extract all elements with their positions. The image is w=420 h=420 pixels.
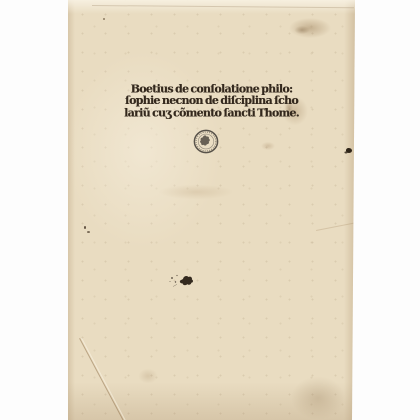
ink-speck <box>87 231 90 233</box>
ink-speck-edge <box>346 148 352 153</box>
ink-speck <box>84 226 86 229</box>
book-title-page: Boetius de conſolatione philo: ſophie ne… <box>68 0 355 420</box>
crease-highlight <box>81 338 126 420</box>
leaf-edge-line <box>92 5 354 8</box>
title-line-3: lariũ cuʒ cõmento ſancti Thome. <box>68 107 355 119</box>
library-stamp-icon <box>193 129 219 154</box>
crease-line <box>316 222 357 231</box>
printed-title: Boetius de conſolatione philo: ſophie ne… <box>68 83 355 119</box>
ink-blot <box>168 271 198 289</box>
photo-background: Boetius de conſolatione philo: ſophie ne… <box>0 0 420 420</box>
paper-fleck <box>103 18 105 20</box>
